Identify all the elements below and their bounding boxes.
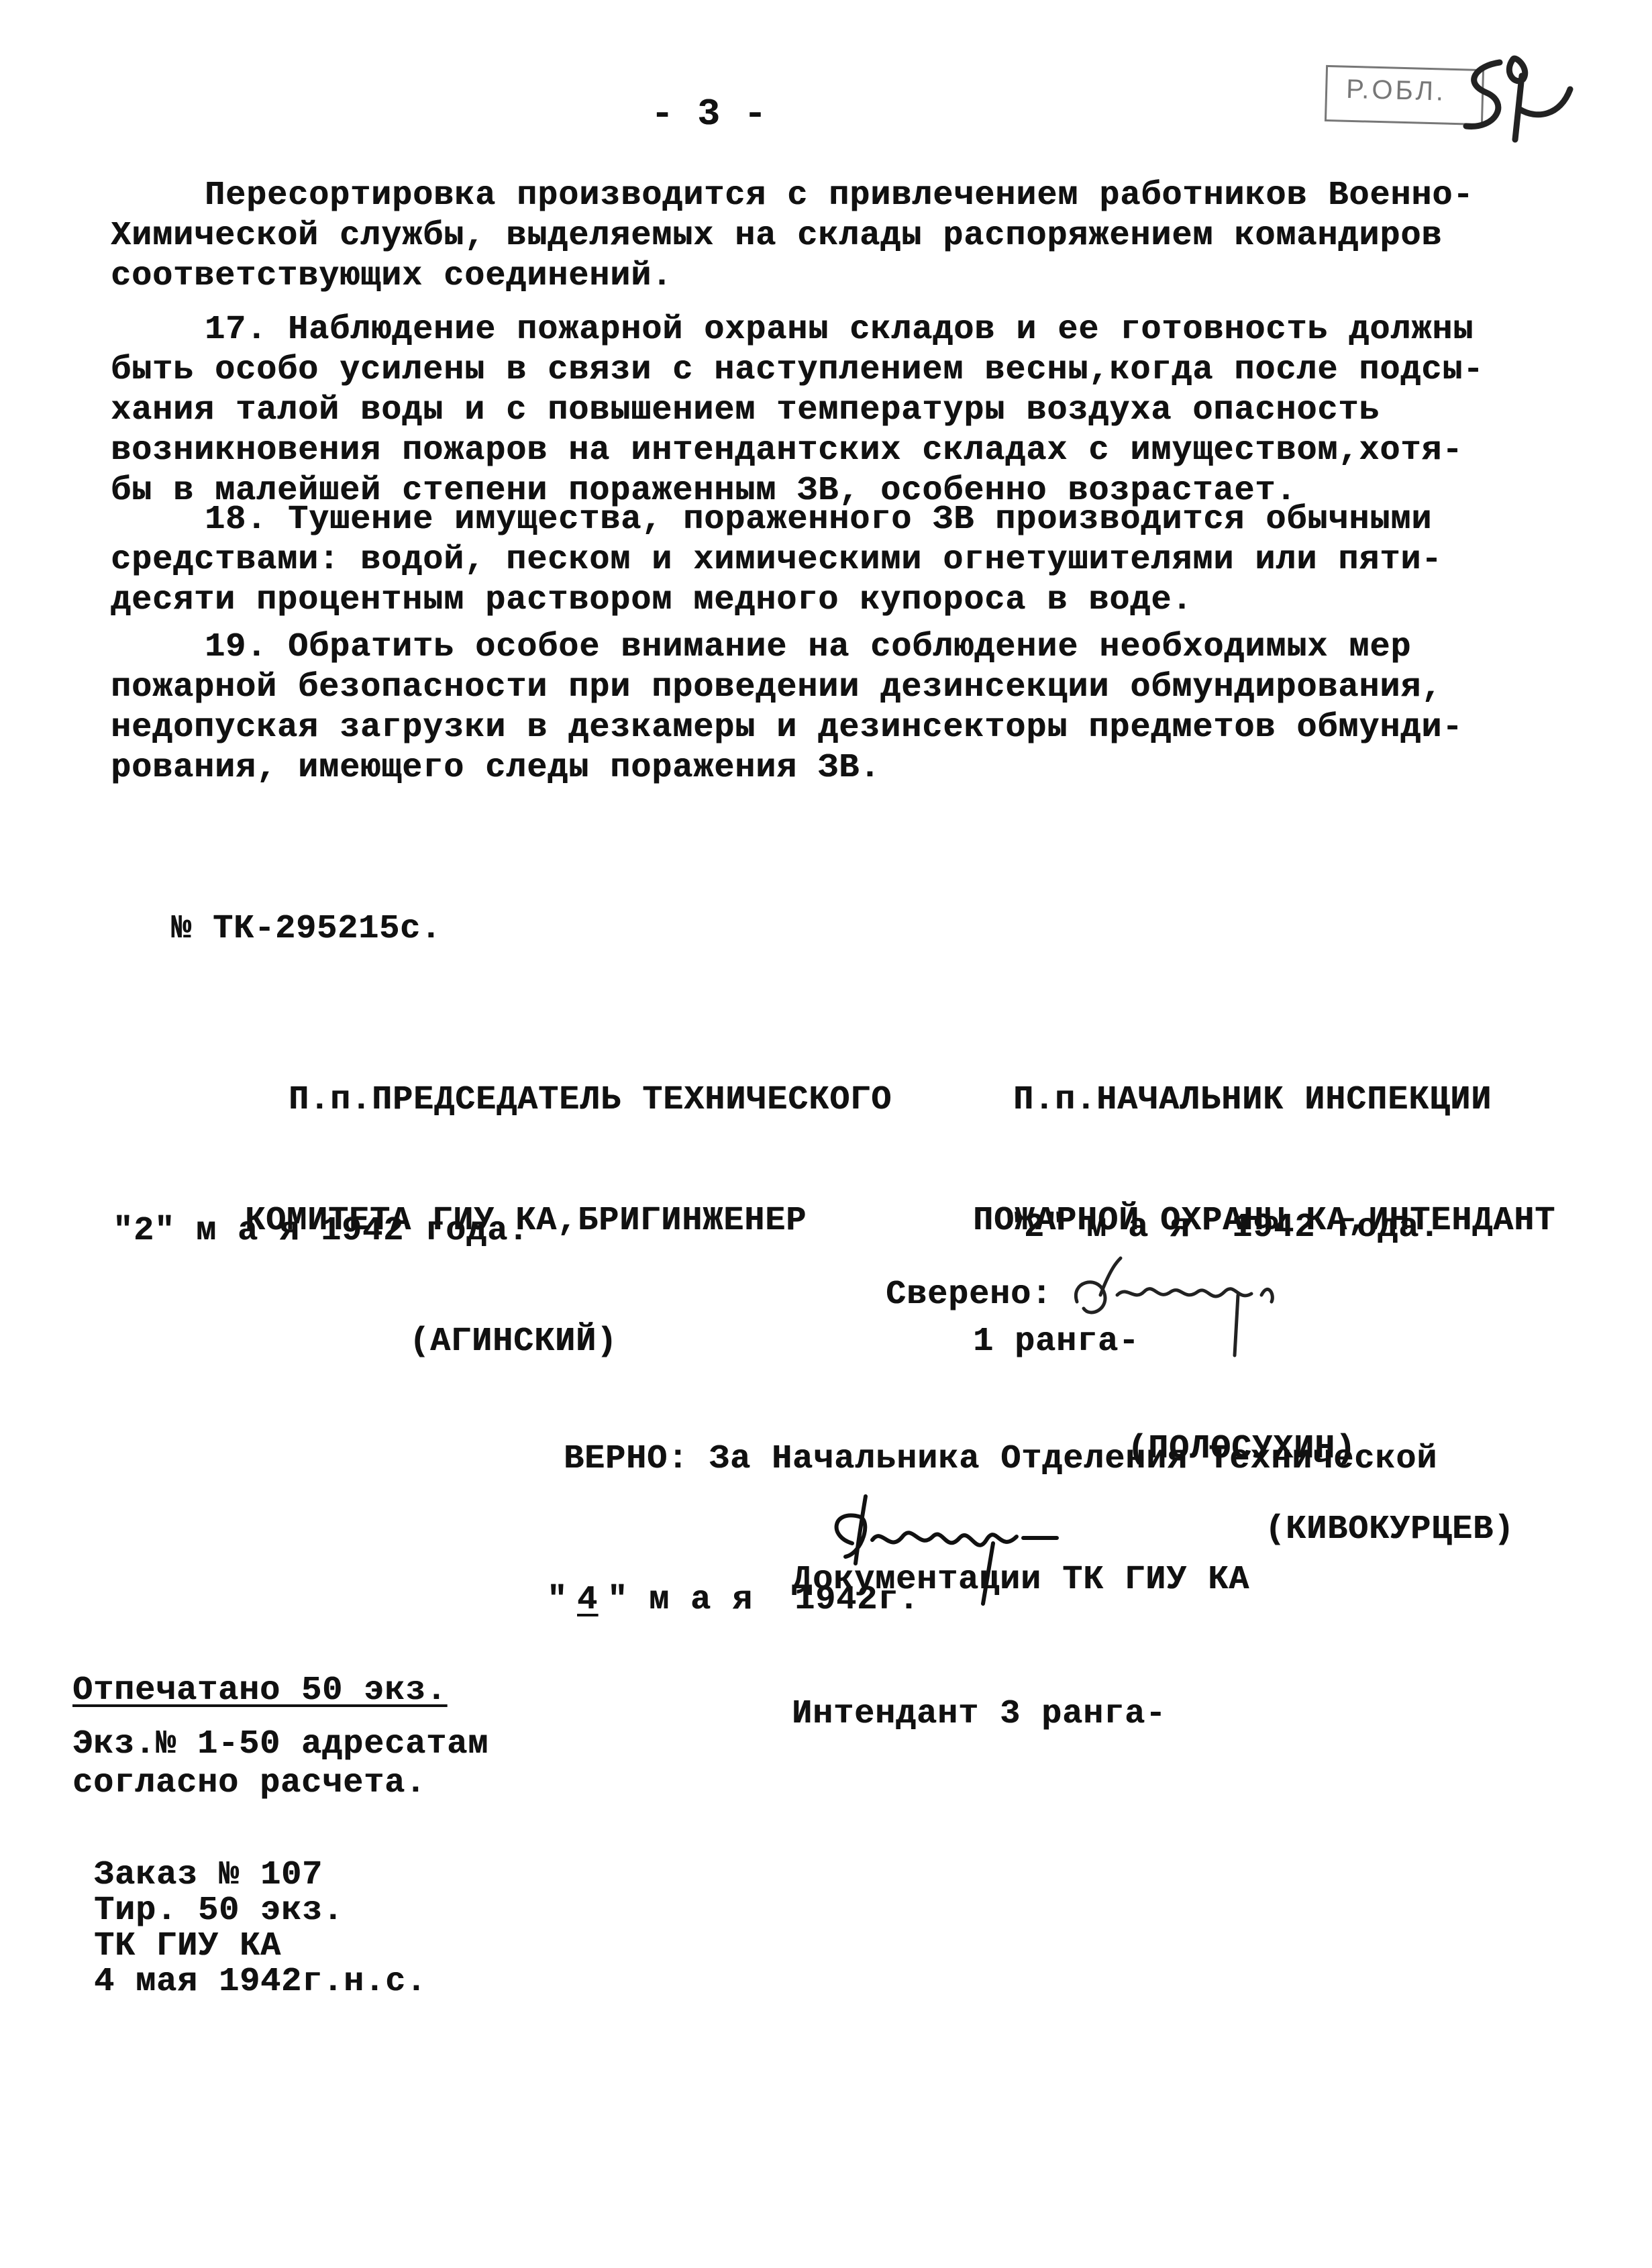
handwritten-page-number-icon (1436, 52, 1577, 146)
paragraph-line: Пересортировка производится с привлечени… (111, 176, 1573, 216)
archive-stamp-label: Р.ОБЛ. (1346, 74, 1447, 107)
page-number: - 3 - (651, 94, 767, 134)
document-page: - 3 - Р.ОБЛ. Пересортировка производится… (0, 0, 1652, 2268)
print-info-line: ТК ГИУ КА (94, 1926, 281, 1967)
paragraph-18: 18. Тушение имущества, пораженного ЗВ пр… (111, 500, 1573, 621)
paragraph-17: 17. Наблюдение пожарной охраны складов и… (111, 310, 1573, 511)
paragraph-line: хания талой воды и с повышением температ… (111, 391, 1573, 431)
print-info-line: Заказ № 107 (94, 1855, 323, 1896)
certification-date: "4" м а я 1942г. (547, 1580, 919, 1620)
paragraph-line: быть особо усилены в связи с наступление… (111, 350, 1573, 391)
certification-rank: Интендант 3 ранга- (792, 1694, 1437, 1735)
date-rest: " м а я 1942г. (607, 1581, 919, 1619)
printed-copies: Отпечатано 50 экз. (72, 1671, 447, 1711)
order-number: № ТК-295215с. (171, 909, 442, 949)
print-info-line: Тир. 50 экз. (94, 1891, 344, 1931)
paragraph-line: средствами: водой, песком и химическими … (111, 540, 1573, 580)
certification-line: ВЕРНО: За Начальника Отделения Техническ… (564, 1439, 1437, 1480)
date-day: 4 (568, 1581, 607, 1619)
paragraph-line: 18. Тушение имущества, пораженного ЗВ пр… (111, 500, 1573, 540)
paragraph-line: 17. Наблюдение пожарной охраны складов и… (111, 310, 1573, 350)
date-quote: " (547, 1581, 568, 1619)
signatory-left-name: (АГИНСКИЙ) (409, 1322, 892, 1362)
paragraph-line: рования, имеющего следы поражения ЗВ. (111, 748, 1573, 788)
date-left: "2" м а я 1942 года. (113, 1211, 529, 1251)
signatory-right-title: П.п.НАЧАЛЬНИК ИНСПЕКЦИИ (1013, 1080, 1555, 1121)
paragraph-line: Химической службы, выделяемых на склады … (111, 216, 1573, 256)
paragraph-line: пожарной безопасности при проведении дез… (111, 668, 1573, 708)
paragraph-line: соответствующих соединений. (111, 256, 1573, 297)
paragraph-line: 19. Обратить особое внимание на соблюден… (111, 627, 1573, 668)
certification-name: (КИВОКУРЦЕВ) (1265, 1510, 1514, 1550)
distribution-line: Экз.№ 1-50 адресатам (72, 1724, 488, 1765)
paragraph-line: десяти процентным раствором медного купо… (111, 580, 1573, 621)
paragraph-line: возникновения пожаров на интендантских с… (111, 431, 1573, 471)
paragraph-line: недопуская загрузки в дезкамеры и дезинс… (111, 708, 1573, 748)
paragraph-intro: Пересортировка производится с привлечени… (111, 176, 1573, 297)
paragraph-19: 19. Обратить особое внимание на соблюден… (111, 627, 1573, 788)
date-right: "2" м а я 1942 года. (1003, 1208, 1440, 1248)
distribution-line: согласно расчета. (72, 1763, 426, 1804)
verified-label: Сверено: (886, 1275, 1052, 1315)
print-info-line: 4 мая 1942г.н.с. (94, 1962, 427, 2002)
signatory-left-title: П.п.ПРЕДСЕДАТЕЛЬ ТЕХНИЧЕСКОГО (289, 1080, 892, 1121)
